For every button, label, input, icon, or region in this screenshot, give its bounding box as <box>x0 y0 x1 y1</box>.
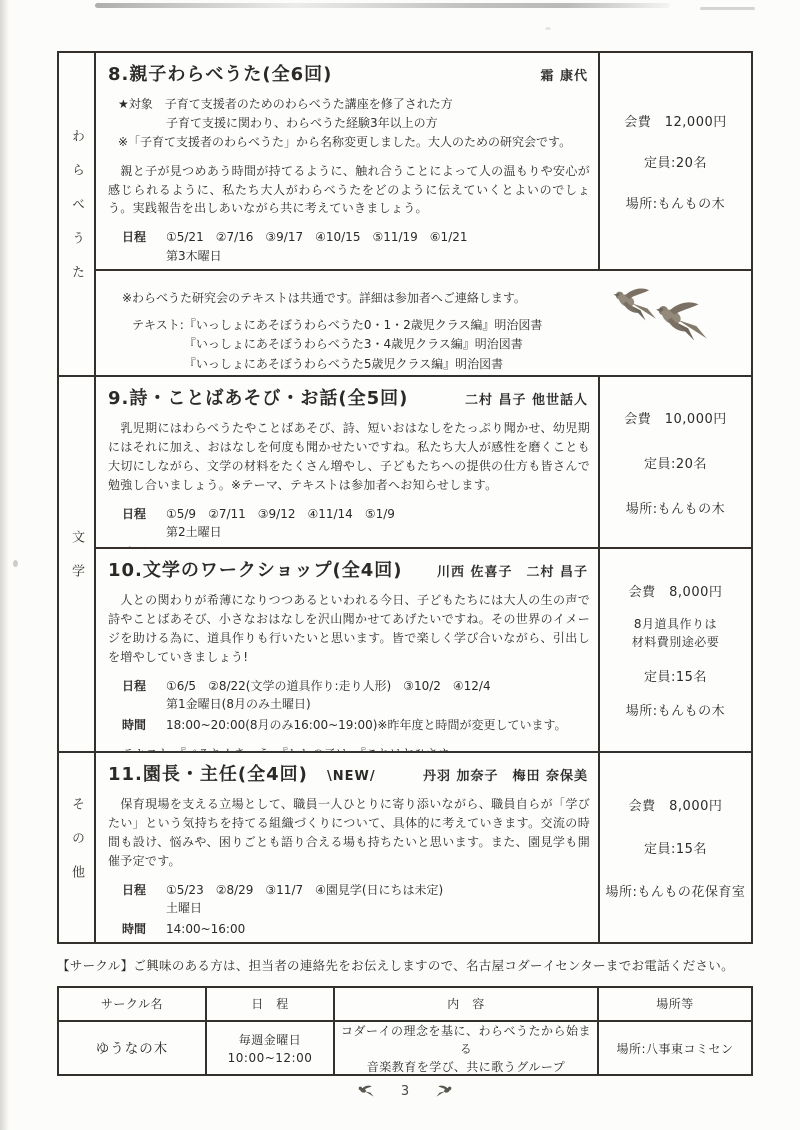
scan-speck <box>13 560 18 567</box>
section-9-title: 9.詩・ことばあそび・お話(全5回) <box>108 384 408 410</box>
section-10-info: 会費 8,000円 8月道具作りは 材料費別途必要 定員:15名 場所:もんもの… <box>598 547 751 751</box>
section-10-description: 人との関わりが希薄になりつつあるといわれる今日、子どもたちには大人の生の声で詩や… <box>108 591 590 667</box>
scan-smudge-top <box>95 3 670 8</box>
section-11-instructor: 丹羽 加奈子 梅田 奈保美 <box>423 765 588 784</box>
scan-smudge-top-right <box>700 7 755 10</box>
section-11-schedule-dates: ①5/23 ②8/29 ③11/7 ④園見学(日にちは未定) <box>166 881 443 900</box>
schedule-label: 日程 <box>122 505 166 542</box>
section-9-instructor: 二村 昌子 他世話人 <box>465 389 588 408</box>
section-8-place: 場所:もんもの木 <box>626 193 725 212</box>
section-10-fee-note: 8月道具作りは 材料費別途必要 <box>632 615 720 651</box>
section-11-time: 14:00~16:00 <box>166 920 245 939</box>
section-10-schedule-note: 第1金曜日(8月のみ土曜日) <box>166 695 491 714</box>
section-8-schedule-note: 第3木曜日 <box>166 247 468 266</box>
textbook-notes-box: ※わらべうた研究会のテキストは共通です。詳細は参加者へご連絡します。 テキスト:… <box>94 269 751 375</box>
section-10-time: 18:00~20:00(8月のみ16:00~19:00)※昨年度と時間が変更して… <box>166 716 567 735</box>
section-11-info: 会費 8,000円 定員:15名 場所:もんもの花保育室 <box>598 751 751 942</box>
circle-table: サークル名 日 程 内 容 場所等 ゆうなの木 毎週金曜日 10:00~12:0… <box>57 986 753 1076</box>
section-11-title: 11.園長・主任(全4回) <box>108 764 308 785</box>
circle-table-header-name: サークル名 <box>59 988 205 1020</box>
sidebar-category-bungaku: 文学 <box>59 375 94 751</box>
section-9-info: 会費 10,000円 定員:20名 場所:もんもの木 <box>598 375 751 547</box>
swallow-icon <box>653 301 715 343</box>
schedule-label: 日程 <box>122 881 166 918</box>
sidebar-category-label: その他 <box>67 797 86 899</box>
circle-place: 場所:八事東コミセン <box>597 1020 751 1076</box>
section-8-target: ★対象 子育て支援者のためのわらべうた講座を修了された方 子育て支援に関わり、わ… <box>118 95 590 153</box>
section-9-schedule-note: 第2土曜日 <box>166 523 395 542</box>
bird-ornament-icon <box>433 1085 453 1099</box>
section-11-main: 11.園長・主任(全4回) \NEW/ 丹羽 加奈子 梅田 奈保美 保育現場を支… <box>94 751 598 942</box>
section-10-place: 場所:もんもの木 <box>626 700 725 719</box>
time-label: 時間 <box>122 920 166 939</box>
page-footer: 3 <box>57 1084 753 1099</box>
section-10-schedule-dates: ①6/5 ②8/22(文学の道具作り:走り人形) ③10/2 ④12/4 <box>166 677 491 696</box>
section-11-schedule-note: 土曜日 <box>166 899 443 918</box>
section-10-main: 10.文学のワークショップ(全4回) 川西 佐喜子 二村 昌子 人との関わりが希… <box>94 547 598 751</box>
scan-edge-shadow <box>0 0 9 1130</box>
section-8-fee: 会費 12,000円 <box>624 111 727 130</box>
section-10-title: 10.文学のワークショップ(全4回) <box>108 556 403 582</box>
circle-table-header-schedule: 日 程 <box>205 988 333 1020</box>
section-9-main: 9.詩・ことばあそび・お話(全5回) 二村 昌子 他世話人 乳児期にはわらべうた… <box>94 375 598 547</box>
circle-section-note: 【サークル】ご興味のある方は、担当者の連絡先をお伝えしますので、名古屋コダーイセ… <box>57 956 734 974</box>
sidebar-category-label: わらべうた <box>67 129 86 299</box>
sidebar-category-sonota: その他 <box>59 751 94 942</box>
scanned-document-page: わらべうた 文学 その他 8.親子わらべうた(全6回) 霜 康代 ★対象 子育て… <box>0 0 800 1130</box>
sidebar-category-warabeuta: わらべうた <box>59 53 94 375</box>
circle-schedule: 毎週金曜日 10:00~12:00 <box>205 1020 333 1076</box>
section-10-capacity: 定員:15名 <box>644 666 707 685</box>
section-11-capacity: 定員:15名 <box>644 838 707 857</box>
section-9-fee: 会費 10,000円 <box>624 408 727 427</box>
section-8-main: 8.親子わらべうた(全6回) 霜 康代 ★対象 子育て支援者のためのわらべうた講… <box>94 53 598 269</box>
section-8-info: 会費 12,000円 定員:20名 場所:もんもの木 <box>598 53 751 269</box>
textbook-list: 『いっしょにあそぼうわらべうた0・1・2歳児クラス編』明治図書 『いっしょにあそ… <box>184 316 543 375</box>
section-8-schedule-dates: ①5/21 ②7/16 ③9/17 ④10/15 ⑤11/19 ⑥1/21 <box>166 228 468 247</box>
section-10-fee: 会費 8,000円 <box>629 581 723 600</box>
section-10-instructor: 川西 佐喜子 二村 昌子 <box>437 561 588 580</box>
circle-table-header-place: 場所等 <box>597 988 751 1020</box>
bird-ornament-icon <box>357 1085 377 1099</box>
page-number: 3 <box>401 1084 409 1099</box>
schedule-label: 日程 <box>122 228 166 265</box>
new-badge: \NEW/ <box>327 769 376 784</box>
circle-name: ゆうなの木 <box>59 1020 205 1076</box>
circle-table-header-content: 内 容 <box>333 988 597 1020</box>
program-table: わらべうた 文学 その他 8.親子わらべうた(全6回) 霜 康代 ★対象 子育て… <box>57 51 753 944</box>
section-8-capacity: 定員:20名 <box>644 152 707 171</box>
time-label: 時間 <box>122 716 166 735</box>
textbook-list-label: テキスト: <box>132 316 184 375</box>
section-9-schedule-dates: ①5/9 ②7/11 ③9/12 ④11/14 ⑤1/9 <box>166 505 395 524</box>
scan-speck <box>545 27 551 30</box>
section-8-title: 8.親子わらべうた(全6回) <box>108 60 332 86</box>
swallow-illustration <box>611 287 723 345</box>
sidebar-category-label: 文学 <box>67 530 86 598</box>
section-9-capacity: 定員:20名 <box>644 453 707 472</box>
section-9-description: 乳児期にはわらべうたやことばあそび、詩、短いおはなしをたっぷり聞かせ、幼児期には… <box>108 419 590 495</box>
section-9-place: 場所:もんもの木 <box>626 498 725 517</box>
section-11-place: 場所:もんもの花保育室 <box>606 881 746 900</box>
section-11-fee: 会費 8,000円 <box>629 795 723 814</box>
section-8-description: 親と子が見つめあう時間が持てるように、触れ合うことによって人の温もりや安心が感じ… <box>108 162 590 219</box>
schedule-label: 日程 <box>122 677 166 714</box>
section-8-instructor: 霜 康代 <box>540 65 588 84</box>
section-11-description: 保育現場を支える立場として、職員一人ひとりに寄り添いながら、職員自らが「学びたい… <box>108 795 590 871</box>
circle-content: コダーイの理念を基に、わらべうたから始まる 音楽教育を学び、共に歌うグループ <box>333 1020 597 1076</box>
